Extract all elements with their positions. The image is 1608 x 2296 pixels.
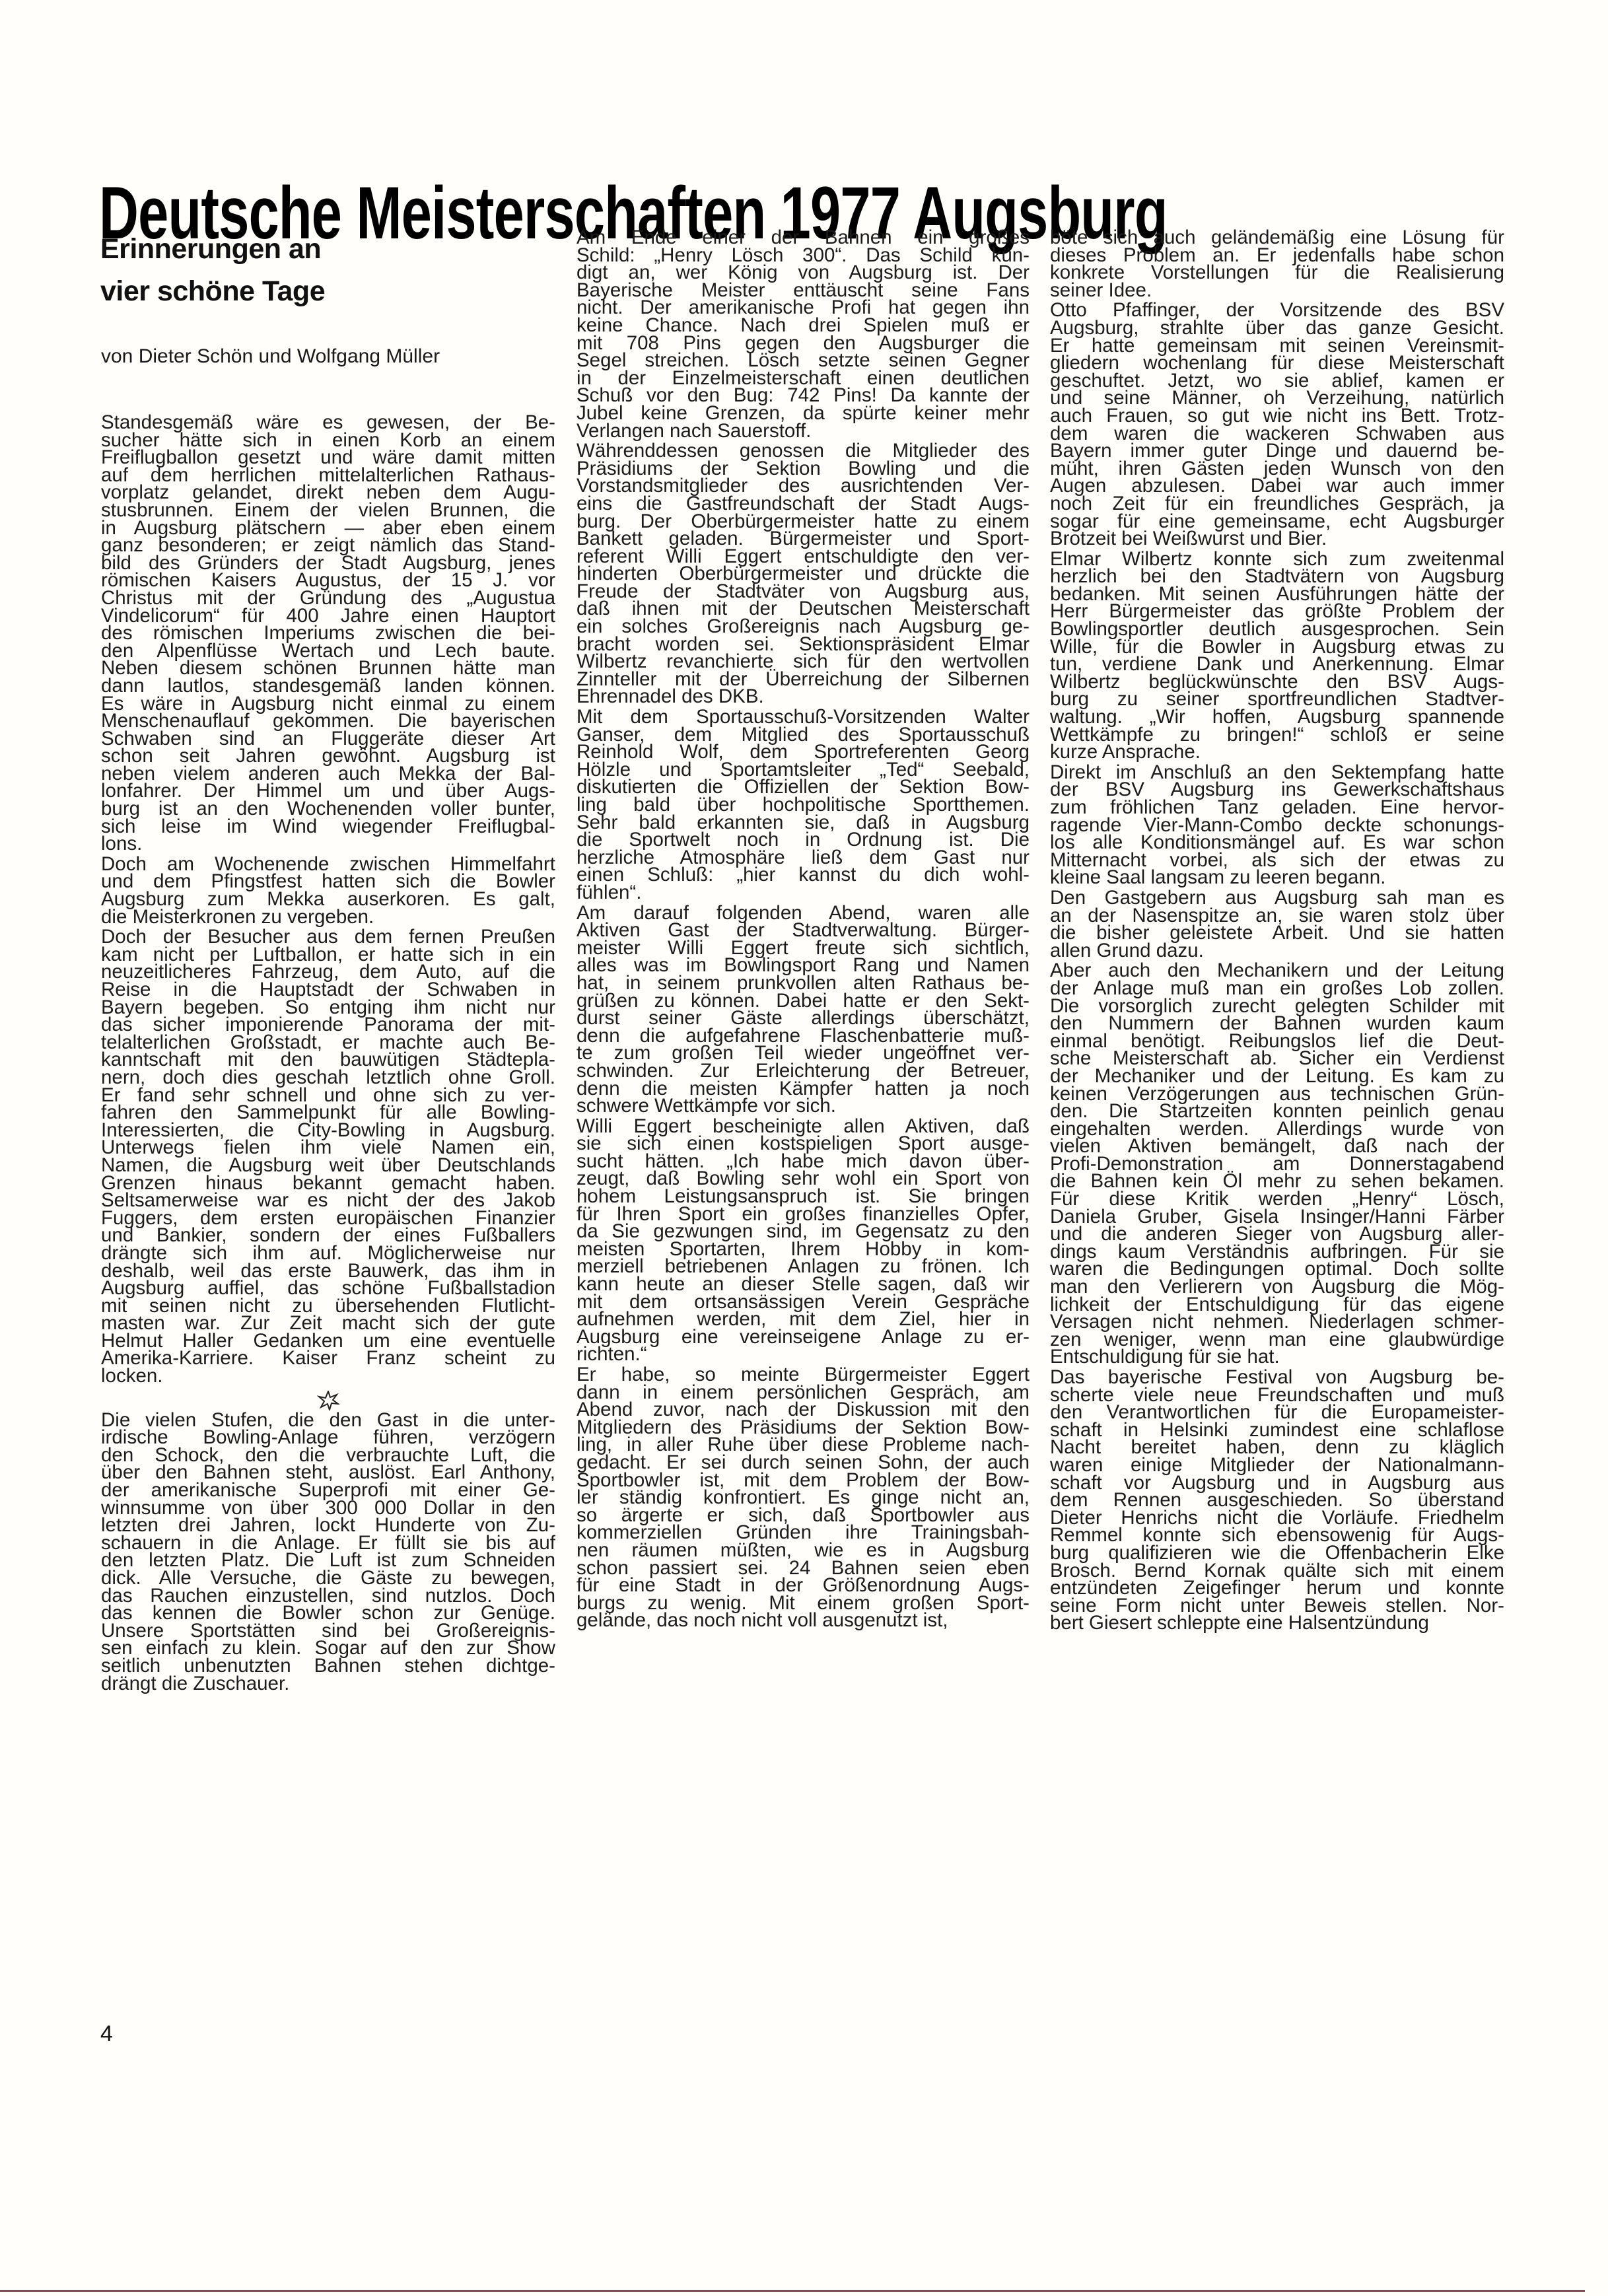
text-line: lons.: [101, 835, 555, 853]
article-paragraph: Mit dem Sportausschuß-Vorsitzenden Walte…: [577, 709, 1030, 902]
article-paragraph: Otto Pfaffinger, der Vorsitzende des BSV…: [1050, 302, 1504, 547]
byline: von Dieter Schön und Wolfgang Müller: [101, 345, 440, 368]
text-line: Brotzeit bei Weißwurst und Bier.: [1050, 530, 1504, 548]
text-line: die Meisterkronen zu vergeben.: [101, 909, 555, 926]
subheadline-line: Erinnerungen an: [100, 228, 549, 270]
text-line: kurze Ansprache.: [1050, 744, 1504, 761]
article-paragraph: Den Gastgebern aus Augsburg sah man esan…: [1050, 889, 1504, 959]
article-column-1: Standesgemäß wäre es gewesen, der Be-suc…: [101, 414, 555, 1695]
text-line: Verlangen nach Sauerstoff.: [577, 423, 1030, 440]
text-line: schwere Wettkämpfe vor sich.: [577, 1097, 1030, 1115]
page-number: 4: [100, 2021, 113, 2047]
article-paragraph: Willi Eggert bescheinigte allen Aktiven,…: [577, 1118, 1030, 1364]
article-paragraph: Direkt im Anschluß an den Sektempfang ha…: [1050, 764, 1504, 887]
text-line: sich leise im Wind wiegender Freiflugbal…: [101, 818, 555, 836]
text-line: seiner Idee.: [1050, 282, 1504, 300]
text-line: einen Schluß: „hier kannst du dich wohl-: [577, 866, 1030, 884]
article-paragraph: Am darauf folgenden Abend, waren alleAkt…: [577, 905, 1030, 1115]
page-edge-divider: [0, 2290, 1585, 2292]
article-paragraph: Die vielen Stufen, die den Gast in die u…: [101, 1412, 555, 1693]
article-paragraph: Aber auch den Mechanikern und der Leitun…: [1050, 962, 1504, 1366]
text-line: fühlen“.: [577, 884, 1030, 902]
subheadline: Erinnerungen an vier schöne Tage: [100, 228, 549, 312]
article-paragraph: Er habe, so meinte Bürgermeister Eggertd…: [577, 1366, 1030, 1630]
article-paragraph: Doch am Wochenende zwischen Himmelfahrtu…: [101, 856, 555, 926]
article-column-3: böte sich auch geländemäßig eine Lösung …: [1050, 229, 1504, 1635]
article-paragraph: Doch der Besucher aus dem fernen Preußen…: [101, 928, 555, 1385]
text-line: bert Giesert schleppte eine Halsentzündu…: [1050, 1615, 1504, 1632]
article-paragraph: böte sich auch geländemäßig eine Lösung …: [1050, 229, 1504, 299]
text-line: locken.: [101, 1368, 555, 1385]
subheadline-line: vier schöne Tage: [100, 270, 549, 312]
article-column-2: Am Ende einer der Bahnen ein großesSchil…: [577, 229, 1030, 1632]
text-line: allen Grund dazu.: [1050, 942, 1504, 960]
text-line: gelände, das noch nicht voll ausgenutzt …: [577, 1612, 1030, 1630]
article-paragraph: Am Ende einer der Bahnen ein großesSchil…: [577, 229, 1030, 440]
text-line: richten.“: [577, 1346, 1030, 1364]
text-line: Ehrennadel des DKB.: [577, 688, 1030, 706]
article-paragraph: Standesgemäß wäre es gewesen, der Be-suc…: [101, 414, 555, 853]
text-line: Entschuldigung für sie hat.: [1050, 1348, 1504, 1366]
article-paragraph: Das bayerische Festival von Augsburg be-…: [1050, 1369, 1504, 1632]
article-paragraph: Elmar Wilbertz konnte sich zum zweitenma…: [1050, 551, 1504, 761]
text-line: Amerika-Karriere. Kaiser Franz scheint z…: [101, 1350, 555, 1368]
text-line: drängt die Zuschauer.: [101, 1675, 555, 1693]
article-paragraph: Währenddessen genossen die Mitglieder de…: [577, 442, 1030, 706]
text-line: kleine Saal langsam zu leeren begann.: [1050, 869, 1504, 887]
star-ornament-icon: [101, 1388, 555, 1410]
